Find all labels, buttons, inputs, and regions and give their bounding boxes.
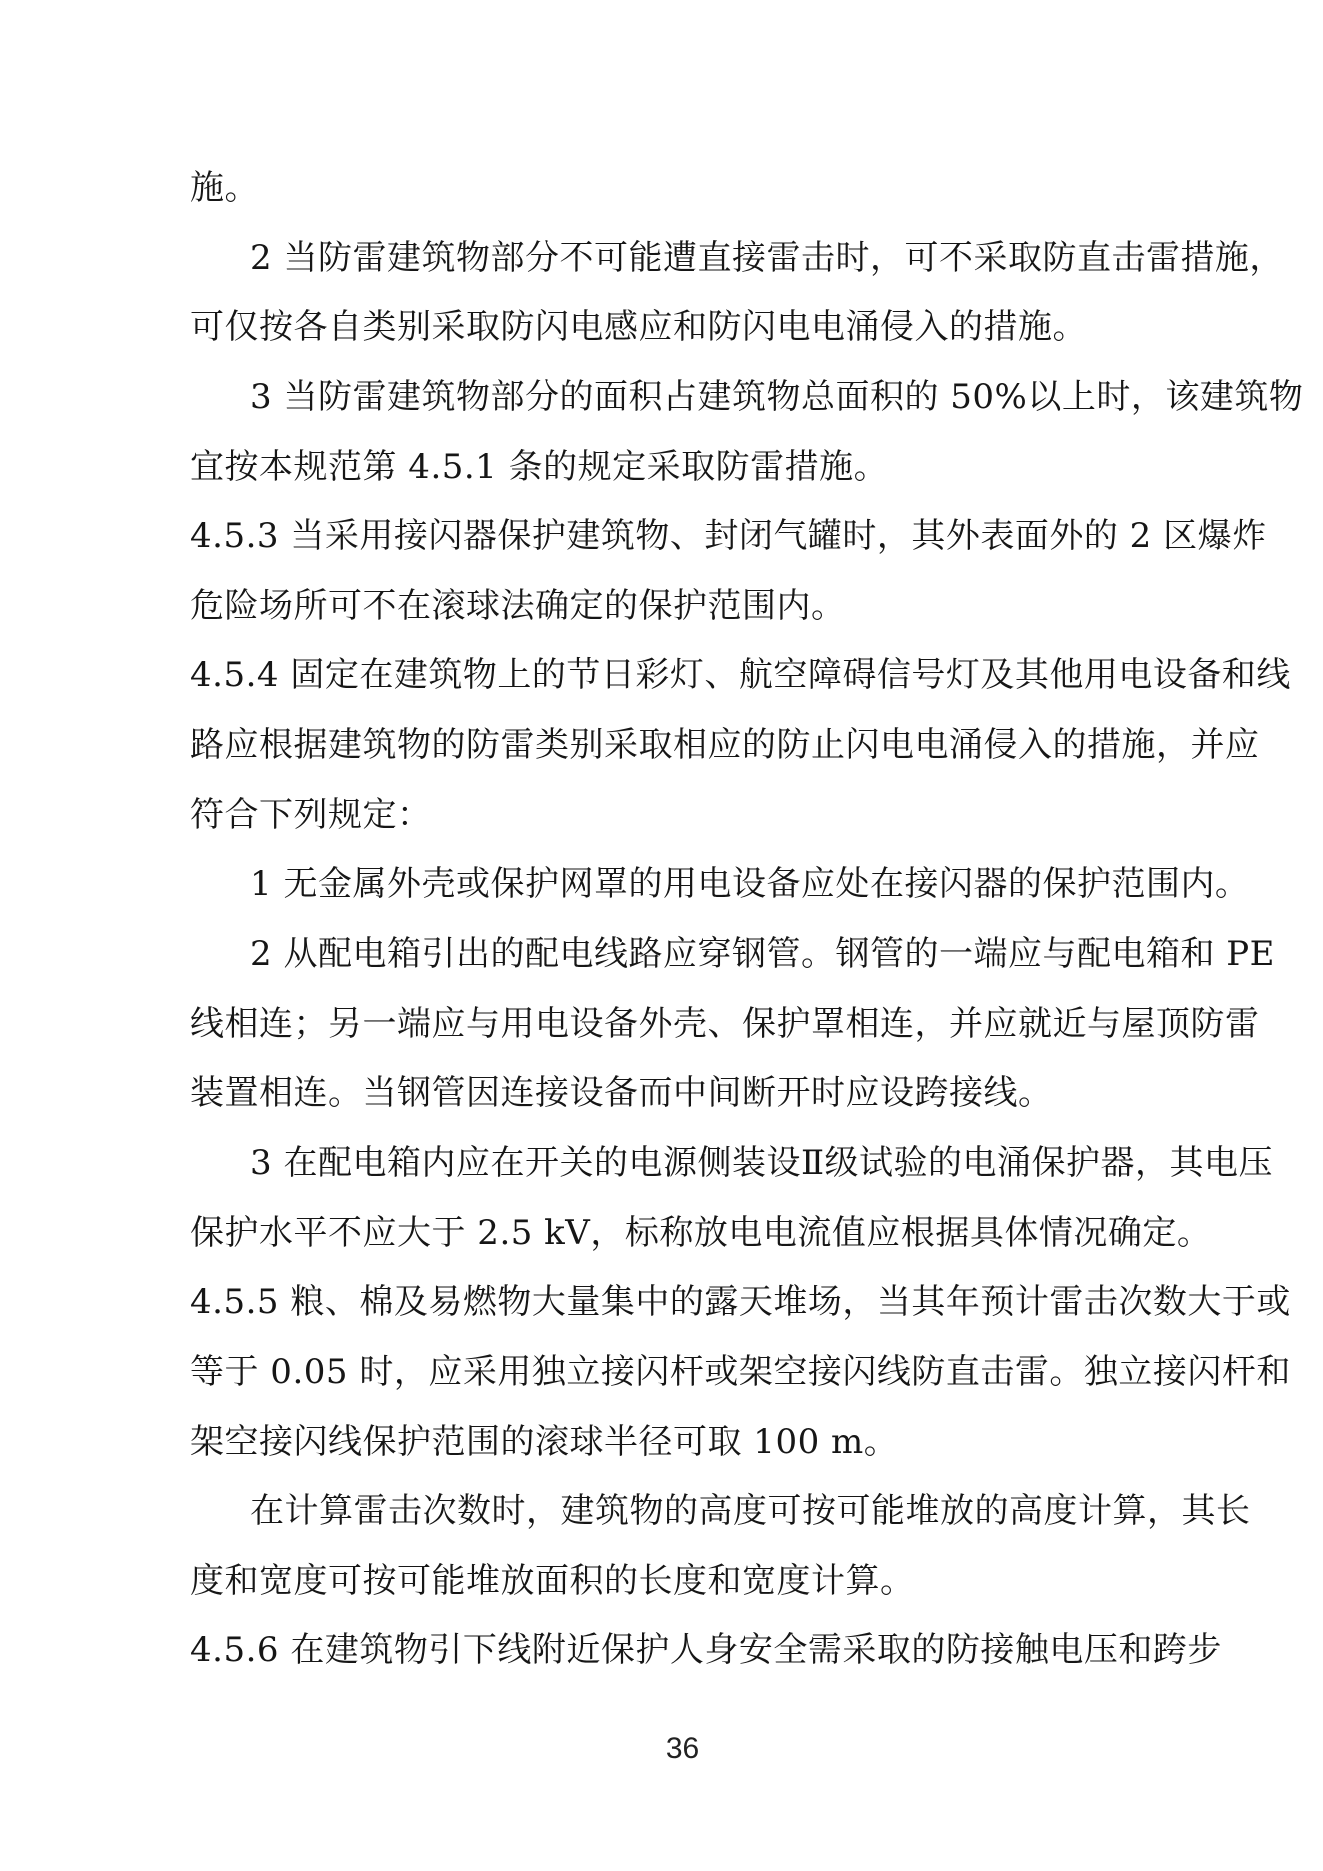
text-line: 装置相连。当钢管因连接设备而中间断开时应设跨接线。	[190, 1059, 1175, 1129]
text-line: 2 当防雷建筑物部分不可能遭直接雷击时，可不采取防直击雷措施，	[190, 224, 1175, 294]
body-text: 施。2 当防雷建筑物部分不可能遭直接雷击时，可不采取防直击雷措施，可仅按各自类别…	[190, 154, 1175, 1686]
text-line: 宜按本规范第 4.5.1 条的规定采取防雷措施。	[190, 433, 1175, 503]
text-line: 危险场所可不在滚球法确定的保护范围内。	[190, 572, 1175, 642]
text-line: 路应根据建筑物的防雷类别采取相应的防止闪电电涌侵入的措施，并应	[190, 711, 1175, 781]
document-page: 施。2 当防雷建筑物部分不可能遭直接雷击时，可不采取防直击雷措施，可仅按各自类别…	[0, 0, 1323, 1871]
text-line: 等于 0.05 时，应采用独立接闪杆或架空接闪线防直击雷。独立接闪杆和	[190, 1338, 1175, 1408]
text-line: 保护水平不应大于 2.5 kV，标称放电电流值应根据具体情况确定。	[190, 1199, 1175, 1269]
text-line: 施。	[190, 154, 1175, 224]
text-line: 2 从配电箱引出的配电线路应穿钢管。钢管的一端应与配电箱和 PE	[190, 920, 1175, 990]
text-line: 在计算雷击次数时，建筑物的高度可按可能堆放的高度计算，其长	[190, 1477, 1175, 1547]
text-line: 1 无金属外壳或保护网罩的用电设备应处在接闪器的保护范围内。	[190, 850, 1175, 920]
page-number: 36	[666, 1734, 699, 1764]
text-line: 4.5.6 在建筑物引下线附近保护人身安全需采取的防接触电压和跨步	[190, 1616, 1175, 1686]
text-line: 可仅按各自类别采取防闪电感应和防闪电电涌侵入的措施。	[190, 293, 1175, 363]
text-line: 度和宽度可按可能堆放面积的长度和宽度计算。	[190, 1547, 1175, 1617]
text-line: 符合下列规定：	[190, 781, 1175, 851]
text-line: 线相连；另一端应与用电设备外壳、保护罩相连，并应就近与屋顶防雷	[190, 990, 1175, 1060]
text-line: 3 在配电箱内应在开关的电源侧装设Ⅱ级试验的电涌保护器，其电压	[190, 1129, 1175, 1199]
text-line: 4.5.4 固定在建筑物上的节日彩灯、航空障碍信号灯及其他用电设备和线	[190, 641, 1175, 711]
text-line: 4.5.3 当采用接闪器保护建筑物、封闭气罐时，其外表面外的 2 区爆炸	[190, 502, 1175, 572]
text-line: 4.5.5 粮、棉及易燃物大量集中的露天堆场，当其年预计雷击次数大于或	[190, 1268, 1175, 1338]
text-line: 3 当防雷建筑物部分的面积占建筑物总面积的 50%以上时，该建筑物	[190, 363, 1175, 433]
text-line: 架空接闪线保护范围的滚球半径可取 100 m。	[190, 1408, 1175, 1478]
page-footer: 36	[190, 1734, 1175, 1764]
